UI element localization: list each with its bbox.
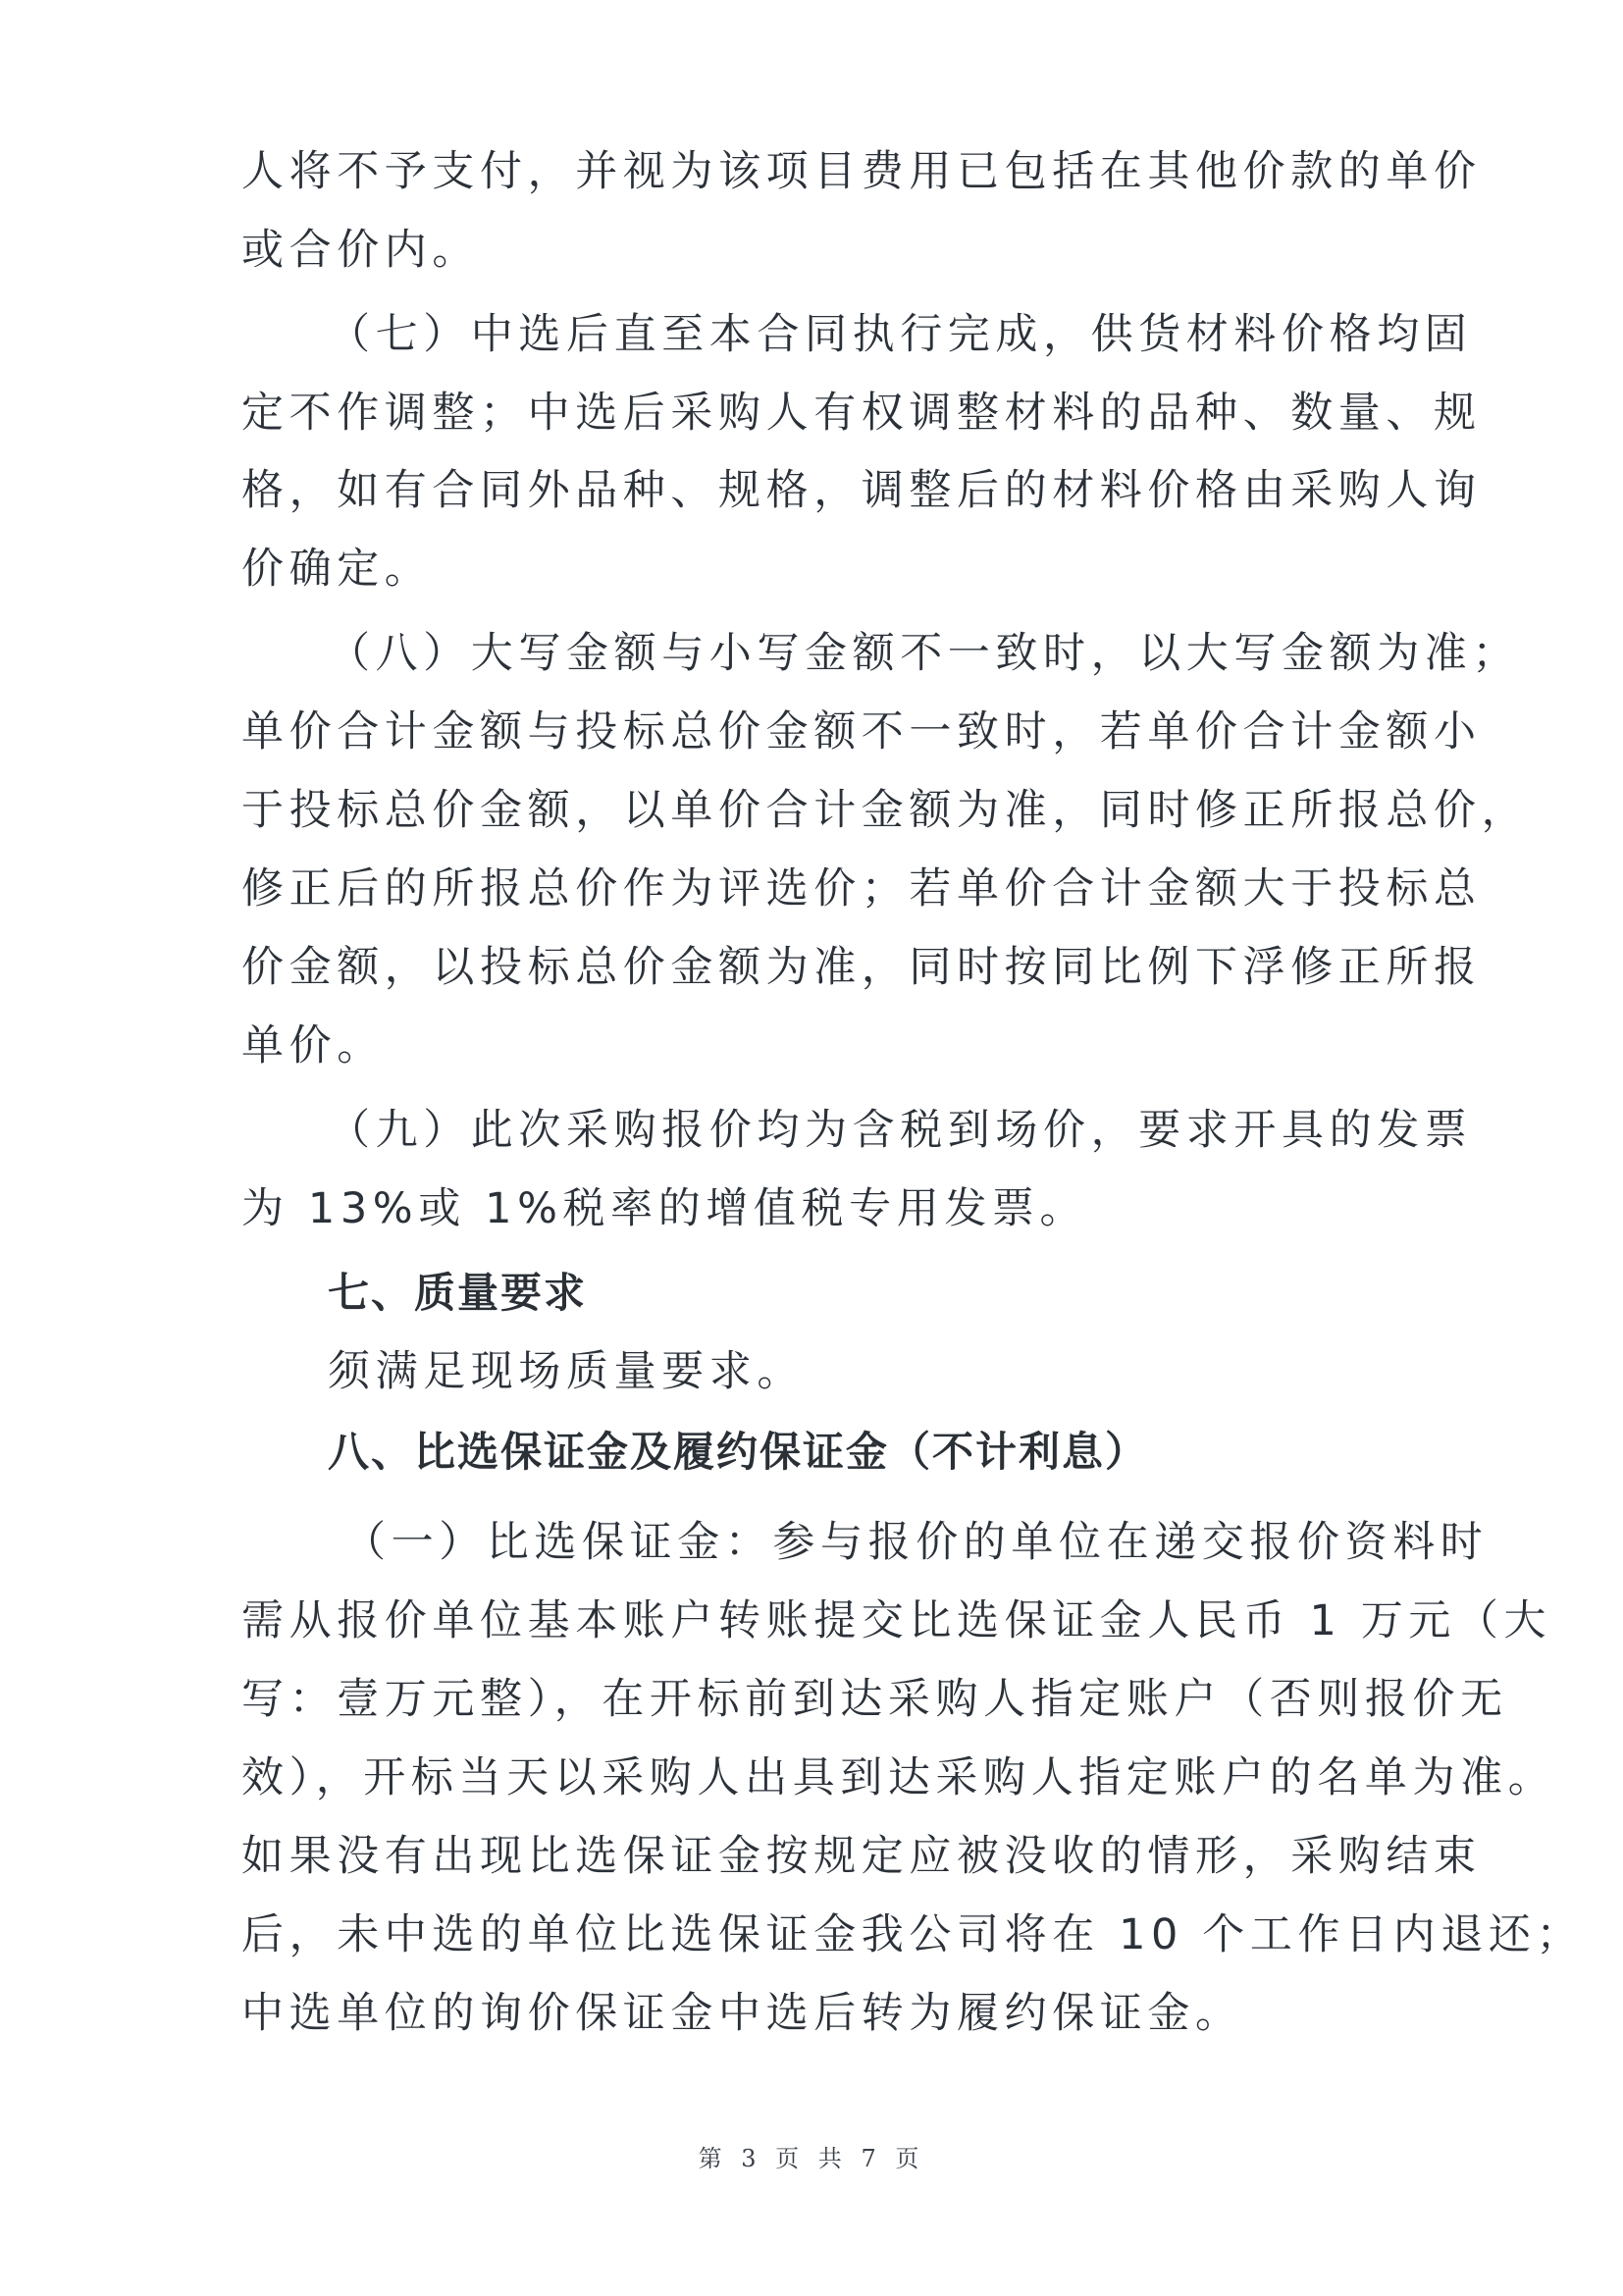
paragraph-line: 或合价内。 xyxy=(241,211,1389,289)
paragraph-line: 人将不予支付，并视为该项目费用已包括在其他价款的单价 xyxy=(241,132,1389,211)
paragraph-line: 定不作调整；中选后采购人有权调整材料的品种、数量、规 xyxy=(241,374,1389,452)
section-heading-quality: 七、质量要求 xyxy=(328,1254,1389,1332)
paragraph-line: 修正后的所报总价作为评选价；若单价合计金额大于投标总 xyxy=(241,850,1389,928)
paragraph-line: 效），开标当天以采购人出具到达采购人指定账户的名单为准。 xyxy=(241,1739,1389,1817)
paragraph-line: 于投标总价金额，以单价合计金额为准，同时修正所报总价， xyxy=(241,771,1389,850)
paragraph-line: 写：壹万元整），在开标前到达采购人指定账户（否则报价无 xyxy=(241,1660,1389,1739)
paragraph-line: 价金额，以投标总价金额为准，同时按同比例下浮修正所报 xyxy=(241,928,1389,1007)
paragraph-line: 价确定。 xyxy=(241,530,1389,608)
paragraph-line: 中选单位的询价保证金中选后转为履约保证金。 xyxy=(241,1974,1389,2053)
paragraph-line: （七）中选后直至本合同执行完成，供货材料价格均固 xyxy=(328,295,1389,374)
paragraph-line: 后，未中选的单位比选保证金我公司将在 10 个工作日内退还； xyxy=(241,1896,1389,1974)
page-number-footer: 第 3 页 共 7 页 xyxy=(0,2139,1623,2173)
section-heading-deposit: 八、比选保证金及履约保证金（不计利息） xyxy=(328,1413,1389,1491)
paragraph-line: 单价合计金额与投标总价金额不一致时，若单价合计金额小 xyxy=(241,693,1389,771)
paragraph-line: 格，如有合同外品种、规格，调整后的材料价格由采购人询 xyxy=(241,451,1389,530)
document-page: 人将不予支付，并视为该项目费用已包括在其他价款的单价 或合价内。 （七）中选后直… xyxy=(0,0,1623,2296)
paragraph-line: （一）比选保证金：参与报价的单位在递交报价资料时 xyxy=(343,1503,1389,1582)
paragraph-line: 需从报价单位基本账户转账提交比选保证金人民币 1 万元（大 xyxy=(241,1582,1389,1660)
paragraph-line: （八）大写金额与小写金额不一致时，以大写金额为准； xyxy=(328,614,1389,693)
paragraph-line: 如果没有出现比选保证金按规定应被没收的情形，采购结束 xyxy=(241,1817,1389,1896)
paragraph-line: 单价。 xyxy=(241,1007,1389,1085)
paragraph-line: （九）此次采购报价均为含税到场价，要求开具的发票 xyxy=(328,1091,1389,1170)
paragraph-line: 为 13%或 1%税率的增值税专用发票。 xyxy=(241,1170,1389,1248)
paragraph-line: 须满足现场质量要求。 xyxy=(328,1332,1389,1411)
